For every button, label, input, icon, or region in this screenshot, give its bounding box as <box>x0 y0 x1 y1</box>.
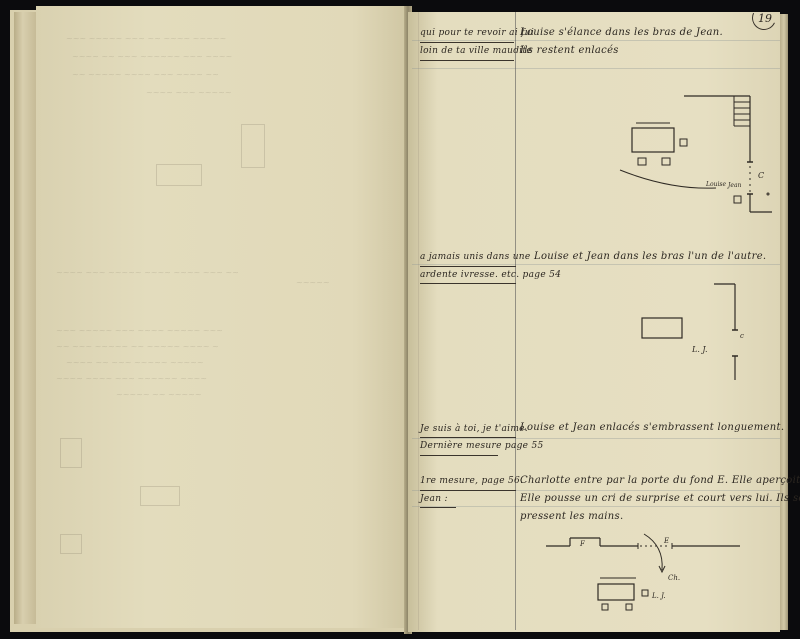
cue-underline <box>420 266 516 267</box>
actor-label-louise: Louise <box>705 181 726 188</box>
bleed-through-diagram <box>241 124 265 168</box>
cue-line: qui pour te revoir ai fui <box>420 28 534 38</box>
cue-underline <box>420 283 516 284</box>
cue-line: Dernière mesure page 55 <box>420 441 544 451</box>
bleed-through-text: ~~~ ~~~~~ ~~~ ~~~~ ~~~~~ ~~~ <box>56 326 223 335</box>
stage-direction: Louise s'élance dans les bras de Jean. <box>520 27 723 38</box>
bleed-through-text: ~~~~~ ~~ ~~~~~ <box>116 390 202 399</box>
cue-line: 1re mesure, page 56. <box>420 476 523 486</box>
cue-underline <box>420 507 456 508</box>
page-number: 19 <box>758 12 772 25</box>
bleed-through-text: ~~~ ~~~~~ ~~~ ~~ ~~~~ ~~~~~ <box>66 34 226 43</box>
actor-label-jean: Jean <box>726 182 742 189</box>
ruled-line <box>412 438 780 439</box>
bleed-through-diagram <box>140 486 180 506</box>
bleed-through-text: ~~~~ ~~~ ~~~~~ <box>146 88 232 97</box>
stage-direction: Ils restent enlacés <box>520 45 619 56</box>
actor-label-lj: L. J. <box>651 592 666 600</box>
ruled-line <box>412 506 780 507</box>
door-label-e: E <box>663 537 669 545</box>
right-page-edges <box>780 14 788 630</box>
cue-line: ardente ivresse. etc. page 54 <box>420 270 561 280</box>
bleed-through-text: ~~~~ ~~~~ ~~~ ~~~~~~ ~~~~ <box>56 374 207 383</box>
cue-line: Jean : <box>420 494 448 504</box>
cue-underline <box>420 437 516 438</box>
bleed-through-text: ~~~~ ~~ ~~~ ~~~~~~ ~~~ ~~~~ <box>72 52 232 61</box>
cue-line: loin de ta ville maudite <box>420 46 532 56</box>
column-divider <box>515 12 516 630</box>
bleed-through-text: ~~~~ ~~ ~~~ ~~~~~ ~~~~~ <box>66 358 204 367</box>
ruled-line <box>412 68 780 69</box>
staging-diagram-1: C Louise Jean <box>610 90 780 220</box>
cue-underline <box>420 490 516 491</box>
left-page-edges <box>14 12 36 624</box>
bleed-through-diagram <box>60 534 82 554</box>
door-label-c: c <box>740 332 744 340</box>
ruled-line <box>412 264 780 265</box>
ruled-line <box>412 40 780 41</box>
stage-direction: Louise et Jean enlacés s'embrassent long… <box>520 422 784 433</box>
bleed-through-text: ~~ ~~~~~ ~~~~ ~~~ ~~~~ ~~ <box>72 70 219 79</box>
cue-underline <box>420 455 498 456</box>
left-page: ~~~ ~~~~~ ~~~ ~~ ~~~~ ~~~~~ ~~~~ ~~ ~~~ … <box>36 6 408 628</box>
bleed-through-diagram <box>156 164 202 186</box>
cue-line: Je suis à toi, je t'aime. <box>420 424 528 434</box>
door-label-f: F <box>579 540 586 548</box>
staging-diagram-3: F E Ch. L. J. <box>540 530 760 620</box>
door-label-c: C <box>758 171 764 180</box>
stage-direction: Elle pousse un cri de surprise et court … <box>520 493 800 504</box>
stage-direction: Charlotte entre par la porte du fond E. … <box>520 475 800 486</box>
bleed-through-text: ~~ ~~~ ~~~~~ ~~ ~~~~~ ~~~~ ~ <box>56 342 219 351</box>
bleed-through-text: ~~~~~ <box>296 278 330 287</box>
cue-line: a jamais unis dans une <box>420 252 531 262</box>
actor-label-ch: Ch. <box>668 574 680 582</box>
cue-underline <box>420 42 514 43</box>
bleed-through-text: ~~~~ ~~~ ~~~~~ ~~~~ ~~~~ ~~~ ~~ <box>56 268 239 277</box>
margin-rule <box>418 12 419 630</box>
cue-underline <box>420 60 514 61</box>
staging-diagram-2: c L. J. <box>630 280 760 390</box>
stage-direction: pressent les mains. <box>520 511 623 522</box>
bleed-through-diagram <box>60 438 82 468</box>
stage-direction: Louise et Jean dans les bras l'un de l'a… <box>534 251 766 262</box>
actor-label-lj: L. J. <box>691 345 708 354</box>
